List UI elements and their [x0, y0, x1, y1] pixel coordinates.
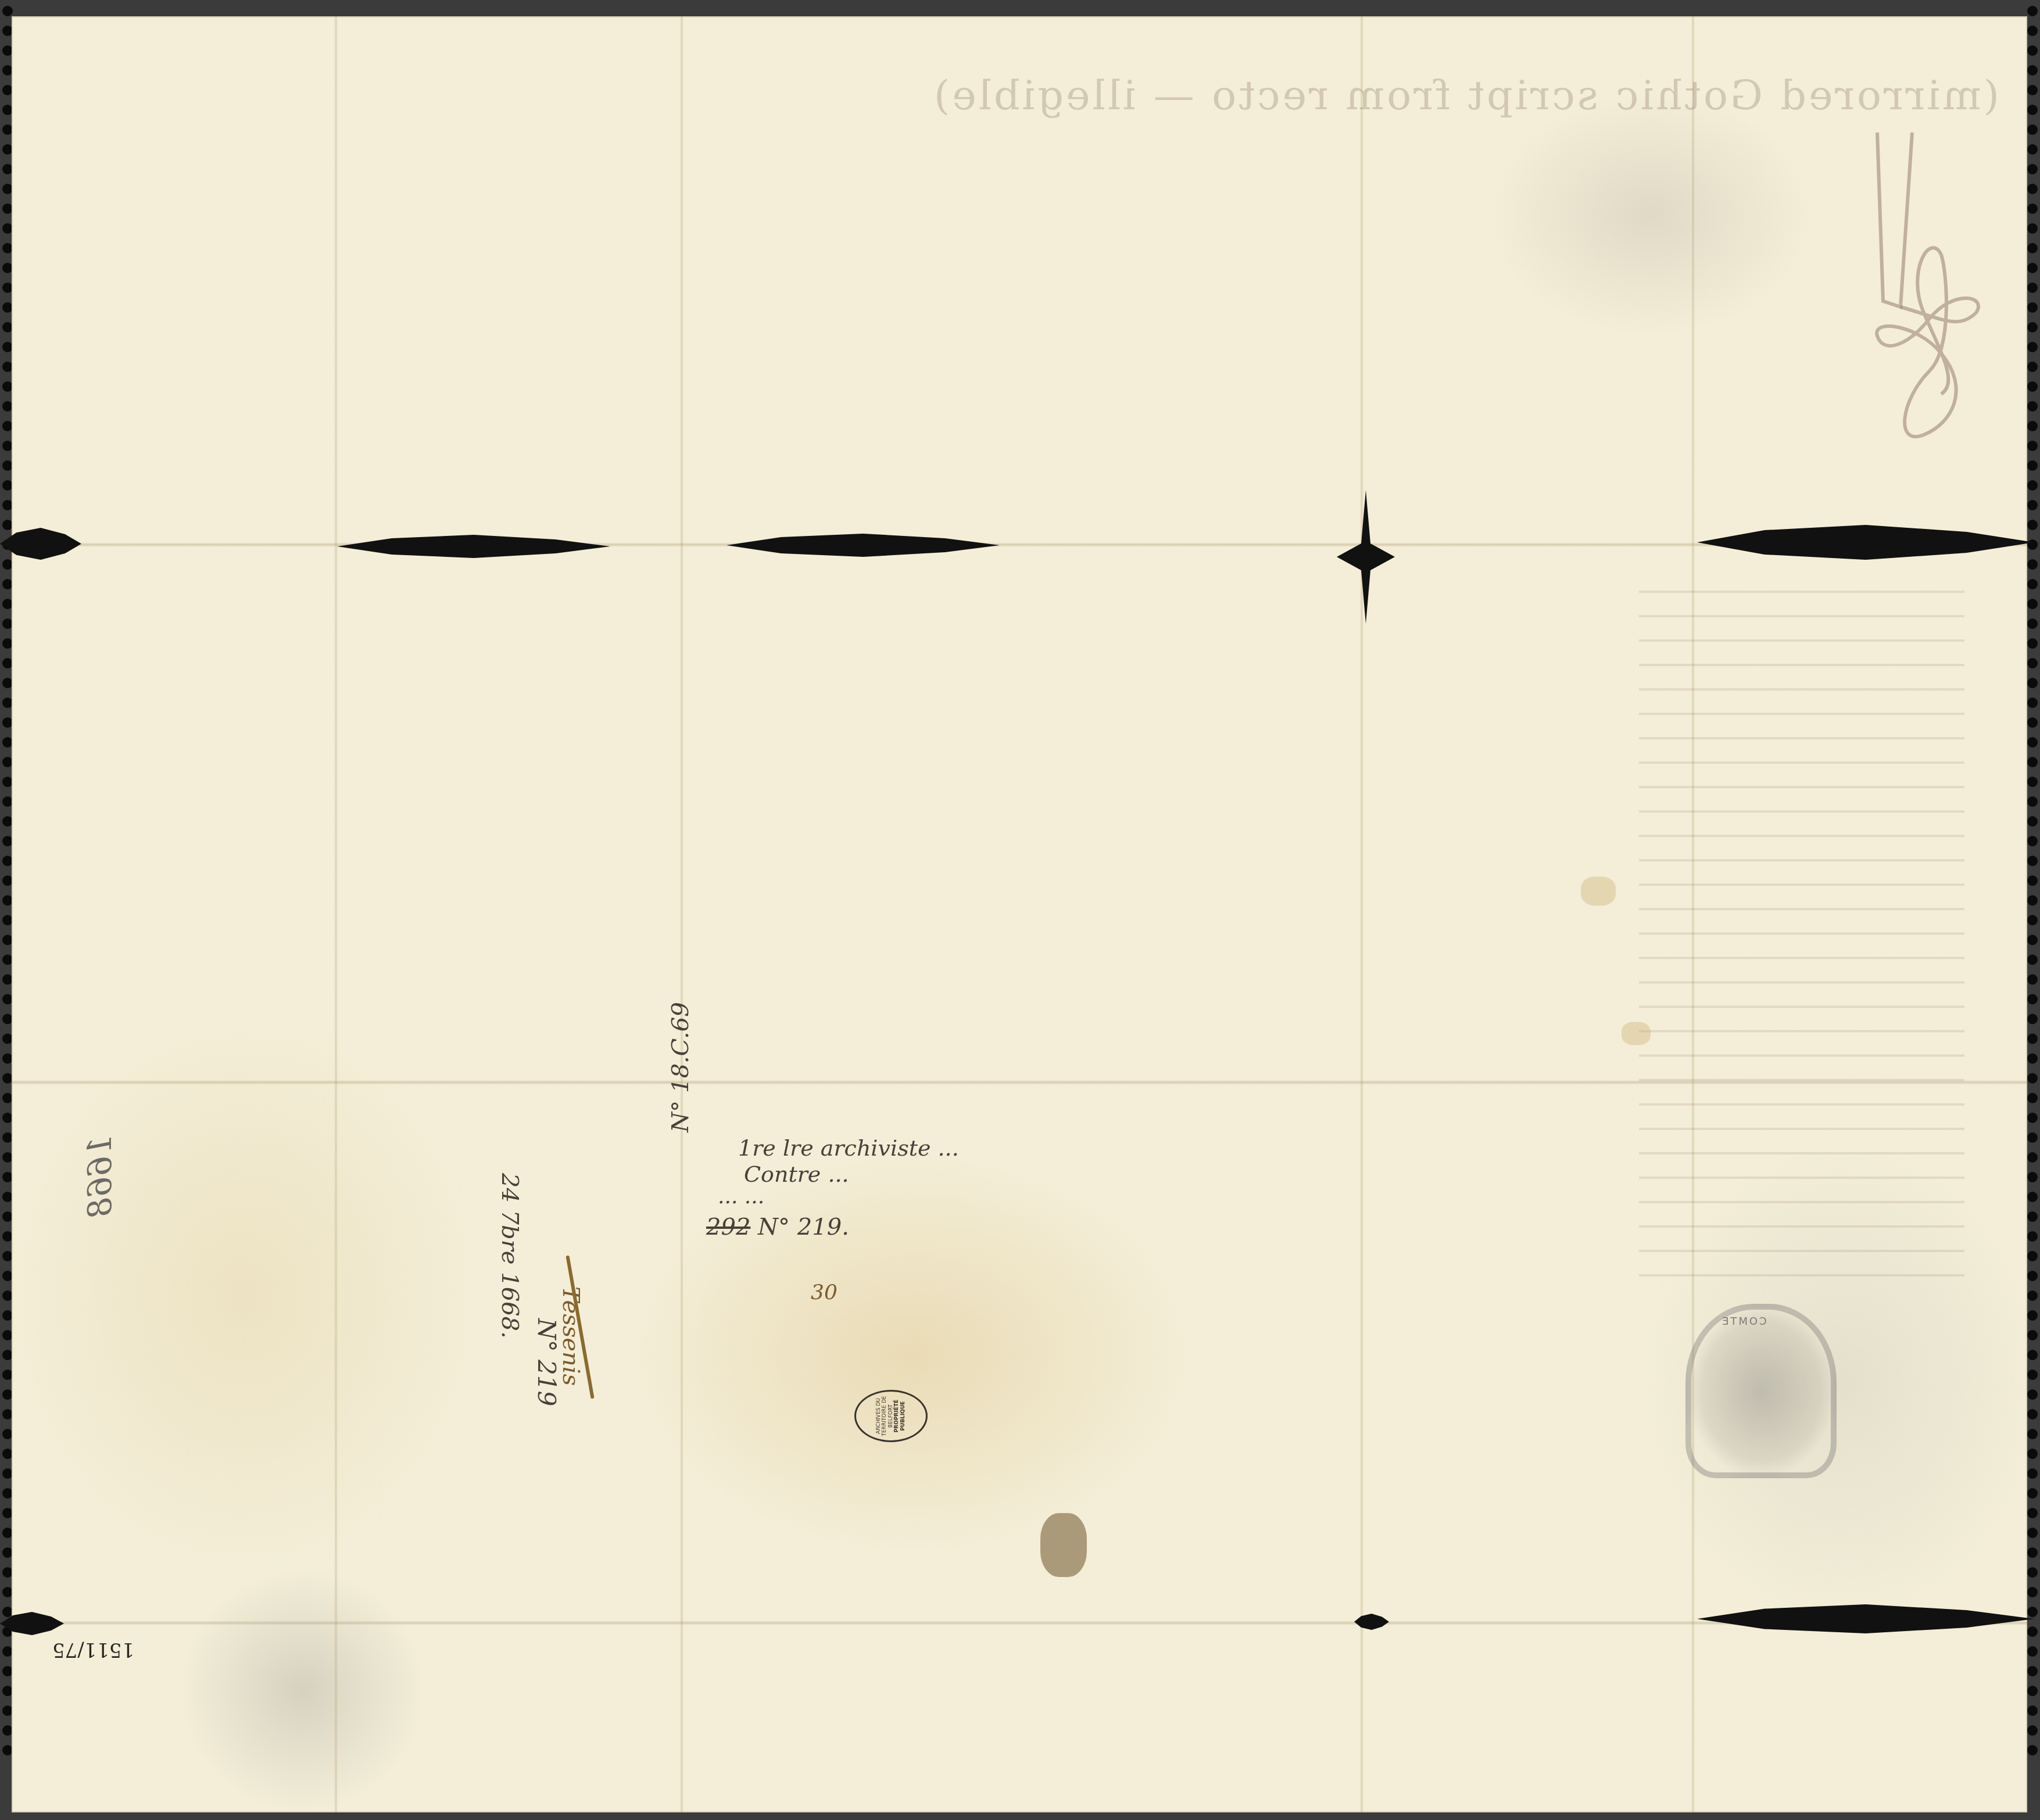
paraph-flourish-icon — [1860, 121, 1994, 446]
annotation-endorsement-line-1: 1re lre archiviste ... — [738, 1135, 959, 1161]
stamp-inner-text: PROPRIÉTÉ PUBLIQUE — [894, 1392, 906, 1440]
annotation-date: 24 7bre 1668. — [496, 1173, 523, 1339]
archive-stamp: ARCHIVES DU TERRITOIRE DE BELFORT PROPRI… — [854, 1390, 928, 1442]
annotation-number-struck: 292 — [706, 1214, 750, 1240]
annotation-catalog-number: N° 18.C.69 — [667, 1002, 694, 1132]
annotation-endorsement-line-2: Contre ... — [744, 1161, 849, 1187]
fold-line-vertical-2 — [1360, 16, 1363, 1812]
annotation-number-center: 292 N° 219. — [706, 1214, 849, 1240]
stain — [1581, 877, 1616, 906]
bleed-through-text-block — [1639, 568, 1964, 1295]
fold-tear — [1697, 525, 2034, 560]
annotation-number-left: N° 219 — [532, 1318, 561, 1406]
parchment-sheet: (mirrored Gothic script from recto — ill… — [12, 16, 2027, 1812]
annotation-inventory-number: 1511/75 — [52, 1638, 134, 1661]
annotation-endorsement-line-3: ... ... — [718, 1185, 764, 1208]
fold-tear — [0, 528, 81, 560]
right-perforations — [2027, 6, 2038, 1755]
seal-label: COMTE — [1720, 1315, 1767, 1328]
fold-tear — [1697, 1604, 2034, 1633]
annotation-small-number: 30 — [811, 1281, 838, 1304]
fold-line-vertical-3 — [334, 16, 338, 1812]
stain — [1040, 1513, 1087, 1577]
wax-seal-impression: COMTE — [1685, 1304, 1837, 1478]
annotation-number-center-value: N° 219. — [758, 1214, 849, 1240]
fold-line-vertical-1 — [680, 16, 683, 1812]
fold-tear — [726, 534, 1000, 557]
annotation-year-1668: 1668 — [81, 1135, 119, 1218]
fold-tear — [337, 535, 610, 558]
stamp-outer-text: ARCHIVES DU TERRITOIRE DE BELFORT — [876, 1392, 894, 1440]
fold-tear-intersection — [1337, 490, 1395, 624]
bleed-through-header: (mirrored Gothic script from recto — ill… — [81, 71, 1999, 119]
fold-tear — [1354, 1614, 1389, 1630]
stain — [1622, 1022, 1651, 1045]
